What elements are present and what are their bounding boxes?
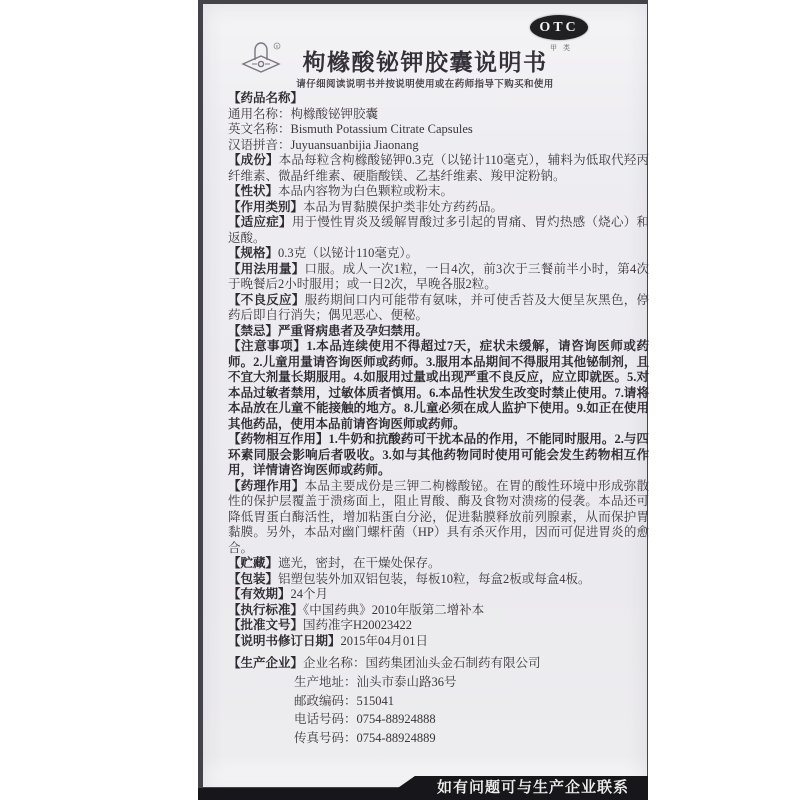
leaflet-section: 【药理作用】本品主要成份是三钾二枸橼酸铋。在胃的酸性环境中形成弥散性的保护层覆盖… — [228, 479, 649, 557]
leaflet-section: 【适应症】用于慢性胃炎及缓解胃酸过多引起的胃痛、胃灼热感（烧心）和返酸。 — [228, 215, 649, 246]
otc-ellipse-icon: OTC — [530, 15, 588, 40]
leaflet-section: 【说明书修订日期】2015年04月01日 — [228, 634, 649, 650]
manufacturer-row: 传真号码：0754-88924889 — [228, 729, 649, 748]
footer-contact-note: 如有问题可与生产企业联系 — [437, 776, 629, 797]
leaflet-section: 【用法用量】口服。成人一次1粒，一日4次，前3次于三餐前半小时，第4次于晚餐后2… — [228, 262, 649, 293]
leaflet-section: 【作用类别】本品为胃黏膜保护类非处方药药品。 — [228, 200, 649, 216]
leaflet-section: 【包装】铝塑包装外加双铝包装，每板10粒，每盒2板或每盒4板。 — [228, 572, 649, 588]
leaflet-body: 【药品名称】通用名称：枸橼酸铋钾胶囊英文名称：Bismuth Potassium… — [228, 91, 649, 748]
leaflet-section: 通用名称：枸橼酸铋钾胶囊 — [228, 107, 649, 123]
manufacturer-row: 邮政编码：515041 — [228, 692, 649, 711]
manufacturer-row: 电话号码：0754-88924888 — [228, 710, 649, 729]
leaflet-section: 【禁忌】严重肾病患者及孕妇禁用。 — [228, 324, 649, 340]
manufacturer-block: 【生产企业】企业名称：国药集团汕头金石制药有限公司生产地址：汕头市泰山路36号邮… — [228, 654, 649, 748]
leaflet-photo: R 枸橼酸铋钾胶囊说明书 请仔细阅读说明书并按说明使用或在药师指导下购买和使用 … — [198, 0, 648, 800]
leaflet-section: 【注意事项】1.本品连续使用不得超过7天，症状未缓解，请咨询医师或药师。2.儿童… — [228, 339, 649, 432]
leaflet-section: 汉语拼音：Juyuansuanbijia Jiaonang — [228, 138, 649, 154]
leaflet-section: 【批准文号】国药准字H20023422 — [228, 618, 649, 634]
page-subtitle: 请仔细阅读说明书并按说明使用或在药师指导下购买和使用 — [203, 76, 647, 90]
leaflet-section: 【贮藏】遮光，密封，在干燥处保存。 — [228, 556, 649, 572]
leaflet-section: 【药品名称】 — [228, 91, 649, 107]
leaflet-section: 英文名称：Bismuth Potassium Citrate Capsules — [228, 122, 649, 138]
manufacturer-row: 生产地址：汕头市泰山路36号 — [228, 673, 649, 692]
otc-label: OTC — [539, 20, 578, 36]
otc-badge: OTC 甲类 — [530, 15, 590, 53]
otc-category-label: 甲类 — [530, 43, 590, 53]
leaflet-section: 【不良反应】服药期间口内可能带有氨味，并可使舌苔及大便呈灰黑色，停药后即自行消失… — [228, 293, 649, 324]
leaflet-section: 【成份】本品每粒含枸橼酸铋钾0.3克（以铋计110毫克），辅料为低取代羟丙纤维素… — [228, 153, 649, 184]
leaflet-section: 【性状】本品内容物为白色颗粒或粉末。 — [228, 184, 649, 200]
manufacturer-row: 【生产企业】企业名称：国药集团汕头金石制药有限公司 — [228, 654, 649, 673]
leaflet-section: 【有效期】24个月 — [228, 587, 649, 603]
screenshot-canvas: R 枸橼酸铋钾胶囊说明书 请仔细阅读说明书并按说明使用或在药师指导下购买和使用 … — [0, 0, 800, 800]
leaflet-section: 【药物相互作用】1.牛奶和抗酸药可干扰本品的作用，不能同时服用。2.与四环素同服… — [228, 432, 649, 479]
leaflet-section: 【规格】0.3克（以铋计110毫克）。 — [228, 246, 649, 262]
leaflet-section: 【执行标准】《中国药典》2010年版第二增补本 — [228, 603, 649, 619]
leaflet-paper: R 枸橼酸铋钾胶囊说明书 请仔细阅读说明书并按说明使用或在药师指导下购买和使用 … — [203, 4, 647, 787]
